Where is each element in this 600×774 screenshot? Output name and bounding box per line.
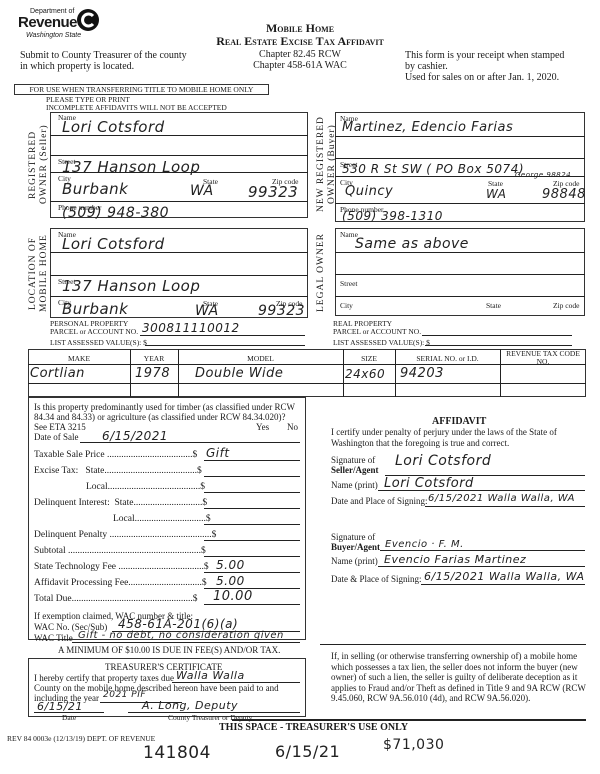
header-tax-code: REVENUE TAX CODE NO. <box>505 350 581 366</box>
chapter-rcw: Chapter 82.45 RCW <box>180 49 420 60</box>
real-assessed-label: LIST ASSESSED VALUE(S): $ <box>333 338 430 347</box>
receipt-amount: $71,030 <box>383 737 444 753</box>
location-name-field[interactable]: Lori Cotsford <box>62 235 165 253</box>
submit-instructions: Submit to County Treasurer of the county… <box>20 50 187 72</box>
chapter-wac: Chapter 458-61A WAC <box>180 60 420 71</box>
excise-local-label: Local...................................… <box>86 482 205 492</box>
receipt-line-3: Used for sales on or after Jan. 1, 2020. <box>405 72 564 83</box>
submit-line-1: Submit to County Treasurer of the county <box>20 50 187 61</box>
legal-state-label: State <box>486 301 501 310</box>
logo-state-text: Washington State <box>26 32 81 39</box>
seller-section-label: REGISTEREDOWNER (Seller) <box>28 112 52 217</box>
delinquent-interest-local-label: Local..............................$ <box>113 514 211 524</box>
excise-local-field[interactable] <box>204 492 300 493</box>
form-id: REV 84 0003e (12/13/19) DEPT. OF REVENUE <box>7 734 155 743</box>
cell-serial[interactable]: 94203 <box>400 366 444 381</box>
legal-zip-label: Zip code <box>553 301 579 310</box>
location-state-field[interactable]: WA <box>195 303 219 319</box>
buyer-name-field[interactable]: Martinez, Edencio Farias <box>342 120 513 135</box>
treasurer-text-2: County on the mobile home described here… <box>34 683 279 693</box>
timber-q-line-2: 84.34 and 84.33) or agriculture (as clas… <box>34 412 295 422</box>
personal-assessed-field[interactable] <box>145 345 305 346</box>
seller-print-name-label: Name (print) <box>331 480 378 490</box>
delinquent-penalty-field[interactable] <box>204 540 300 541</box>
header-make: MAKE <box>28 354 130 363</box>
seller-print-name-field[interactable]: Lori Cotsford <box>384 476 474 491</box>
buyer-signature-label: Signature of Buyer/Agent <box>331 532 380 552</box>
buyer-date-place-field[interactable]: 6/15/2021 Walla Walla, WA <box>424 570 584 583</box>
cell-model[interactable]: Double Wide <box>195 366 283 381</box>
treasurer-use-only: THIS SPACE - TREASURER'S USE ONLY <box>219 722 408 733</box>
affidavit-fee-field[interactable]: 5.00 <box>216 574 245 588</box>
date-of-sale-field[interactable]: 6/15/2021 <box>102 429 168 443</box>
seller-signature-label: Signature of Seller/Agent <box>331 455 379 475</box>
header-size: SIZE <box>343 354 395 363</box>
location-zip-field[interactable]: 99323 <box>258 303 305 319</box>
buyer-signature-field[interactable]: Evencio · F. M. <box>385 539 464 550</box>
buyer-street-field[interactable]: 530 R St SW ( PO Box 5074) <box>342 162 524 176</box>
seller-phone-field[interactable]: (509) 948-380 <box>62 205 169 221</box>
delinquent-interest-state-label: Delinquent Interest: State..............… <box>34 498 207 508</box>
seller-zip-field[interactable]: 99323 <box>248 183 298 201</box>
taxable-sale-price-label: Taxable Sale Price .....................… <box>34 450 197 460</box>
personal-parcel-field[interactable]: 300811110012 <box>142 321 240 335</box>
legal-street-label: Street <box>340 279 358 288</box>
wac-title-field[interactable]: Gift - no debt, no consideration given <box>78 630 284 641</box>
seller-date-place-field[interactable]: 6/15/2021 Walla Walla, WA <box>428 493 575 504</box>
treasurer-date-field[interactable]: 6/15/21 <box>37 700 83 713</box>
seller-date-place-label: Date and Place of Signing: <box>331 496 427 506</box>
delinquent-interest-state-field[interactable] <box>204 508 300 509</box>
buyer-print-name-field[interactable]: Evencio Farias Martinez <box>384 553 526 566</box>
personal-assessed-label: LIST ASSESSED VALUE(S): $ <box>50 338 147 347</box>
receipt-line-2: by cashier. <box>405 61 564 72</box>
delinquent-penalty-label: Delinquent Penalty .....................… <box>34 530 216 540</box>
affidavit-title: AFFIDAVIT <box>432 416 486 427</box>
logo: Department of Revenue Washington State <box>18 8 108 44</box>
seller-city-field[interactable]: Burbank <box>62 180 128 198</box>
real-assessed-field[interactable] <box>425 345 572 346</box>
timber-q-line-1: Is this property predominantly used for … <box>34 402 295 412</box>
seller-name-field[interactable]: Lori Cotsford <box>62 118 165 136</box>
buyer-date-place-label: Date & Place of Signing: <box>331 574 421 584</box>
header-year: YEAR <box>130 354 178 363</box>
legal-city-label: City <box>340 301 353 310</box>
receipt-date: 6/15/21 <box>275 742 340 761</box>
minimum-due-note: A MINIMUM OF $10.00 IS DUE IN FEE(S) AND… <box>58 645 280 655</box>
subtotal-field[interactable] <box>204 556 300 557</box>
title-line-2: Real Estate Excise Tax Affidavit <box>180 35 420 48</box>
treasurer-county-field[interactable]: Walla Walla <box>176 669 245 682</box>
receipt-number: 141804 <box>143 743 211 763</box>
submit-line-2: in which property is located. <box>20 61 187 72</box>
seller-signature-field[interactable]: Lori Cotsford <box>395 453 491 469</box>
seller-street-field[interactable]: 137 Hanson Loop <box>62 158 200 176</box>
title-transfer-banner: FOR USE WHEN TRANSFERRING TITLE TO MOBIL… <box>14 84 269 95</box>
cell-year[interactable]: 1978 <box>135 366 170 381</box>
buyer-phone-field[interactable]: (509) 398-1310 <box>342 209 443 223</box>
receipt-note: This form is your receipt when stamped b… <box>405 50 564 83</box>
legal-name-field[interactable]: Same as above <box>355 236 469 252</box>
buyer-state-field[interactable]: WA <box>486 187 506 201</box>
seller-state-field[interactable]: WA <box>190 183 214 199</box>
form-title: Mobile Home Real Estate Excise Tax Affid… <box>180 22 420 48</box>
tech-fee-field[interactable]: 5.00 <box>216 558 245 572</box>
cell-make[interactable]: Cortlian <box>30 366 85 381</box>
wac-no-field[interactable]: 458-61A-201(6)(a) <box>118 617 238 631</box>
timber-yes-option[interactable]: Yes <box>256 422 269 432</box>
incomplete-note: INCOMPLETE AFFIDAVITS WILL NOT BE ACCEPT… <box>46 103 227 112</box>
timber-no-option[interactable]: No <box>287 422 298 432</box>
subtotal-item: Subtotal ...............................… <box>34 546 206 556</box>
buyer-print-name-label: Name (print) <box>331 556 378 566</box>
real-parcel-field[interactable] <box>422 335 572 336</box>
treasurer-text-1: I hereby certify that property taxes due <box>34 673 174 683</box>
total-due-field[interactable]: 10.00 <box>213 589 253 604</box>
header-serial: SERIAL NO. or I.D. <box>395 354 500 363</box>
location-section-label: LOCATION OFMOBILE HOME <box>28 228 52 318</box>
affidavit-text: I certify under penalty of perjury under… <box>331 427 557 449</box>
wac-title-label: WAC Title <box>34 633 73 643</box>
logo-mark-icon <box>76 8 100 32</box>
delinquent-interest-local-field[interactable] <box>204 524 300 525</box>
treasurer-signature-field[interactable]: A. Long, Deputy <box>142 699 238 712</box>
buyer-zip-field[interactable]: 98848 <box>542 187 586 202</box>
treasurer-date-label: Date <box>62 713 76 722</box>
location-street-field[interactable]: 137 Hanson Loop <box>62 277 200 295</box>
excise-state-label: Excise Tax: State.......................… <box>34 466 202 476</box>
lien-notice: If, in selling (or otherwise transferrin… <box>331 651 586 704</box>
personal-parcel-label: PARCEL or ACCOUNT NO. <box>50 327 138 336</box>
header-model: MODEL <box>178 354 343 363</box>
real-parcel-label: PARCEL or ACCOUNT NO. <box>333 327 421 336</box>
location-city-field[interactable]: Burbank <box>62 300 128 318</box>
affidavit-text-1: I certify under penalty of perjury under… <box>331 427 557 438</box>
buyer-city-field[interactable]: Quincy <box>345 184 393 199</box>
date-of-sale-label: Date of Sale <box>34 432 78 442</box>
affidavit-fee-label: Affidavit Processing Fee................… <box>34 578 207 588</box>
treasurer-year-field[interactable]: 2021 PIF <box>103 690 146 700</box>
total-due-label: Total Due...............................… <box>34 594 197 604</box>
excise-state-field[interactable] <box>204 476 300 477</box>
tech-fee-label: State Technology Fee ...................… <box>34 562 209 572</box>
affidavit-text-2: Washington that the foregoing is true an… <box>331 438 557 449</box>
chapter-refs: Chapter 82.45 RCW Chapter 458-61A WAC <box>180 49 420 71</box>
logo-revenue-text: Revenue <box>18 14 77 31</box>
banner-text: FOR USE WHEN TRANSFERRING TITLE TO MOBIL… <box>30 85 254 94</box>
cell-size[interactable]: 24x60 <box>345 367 385 381</box>
buyer-street-note: George 98824 <box>515 171 571 179</box>
taxable-sale-price-field[interactable]: Gift <box>206 446 230 460</box>
receipt-line-1: This form is your receipt when stamped <box>405 50 564 61</box>
